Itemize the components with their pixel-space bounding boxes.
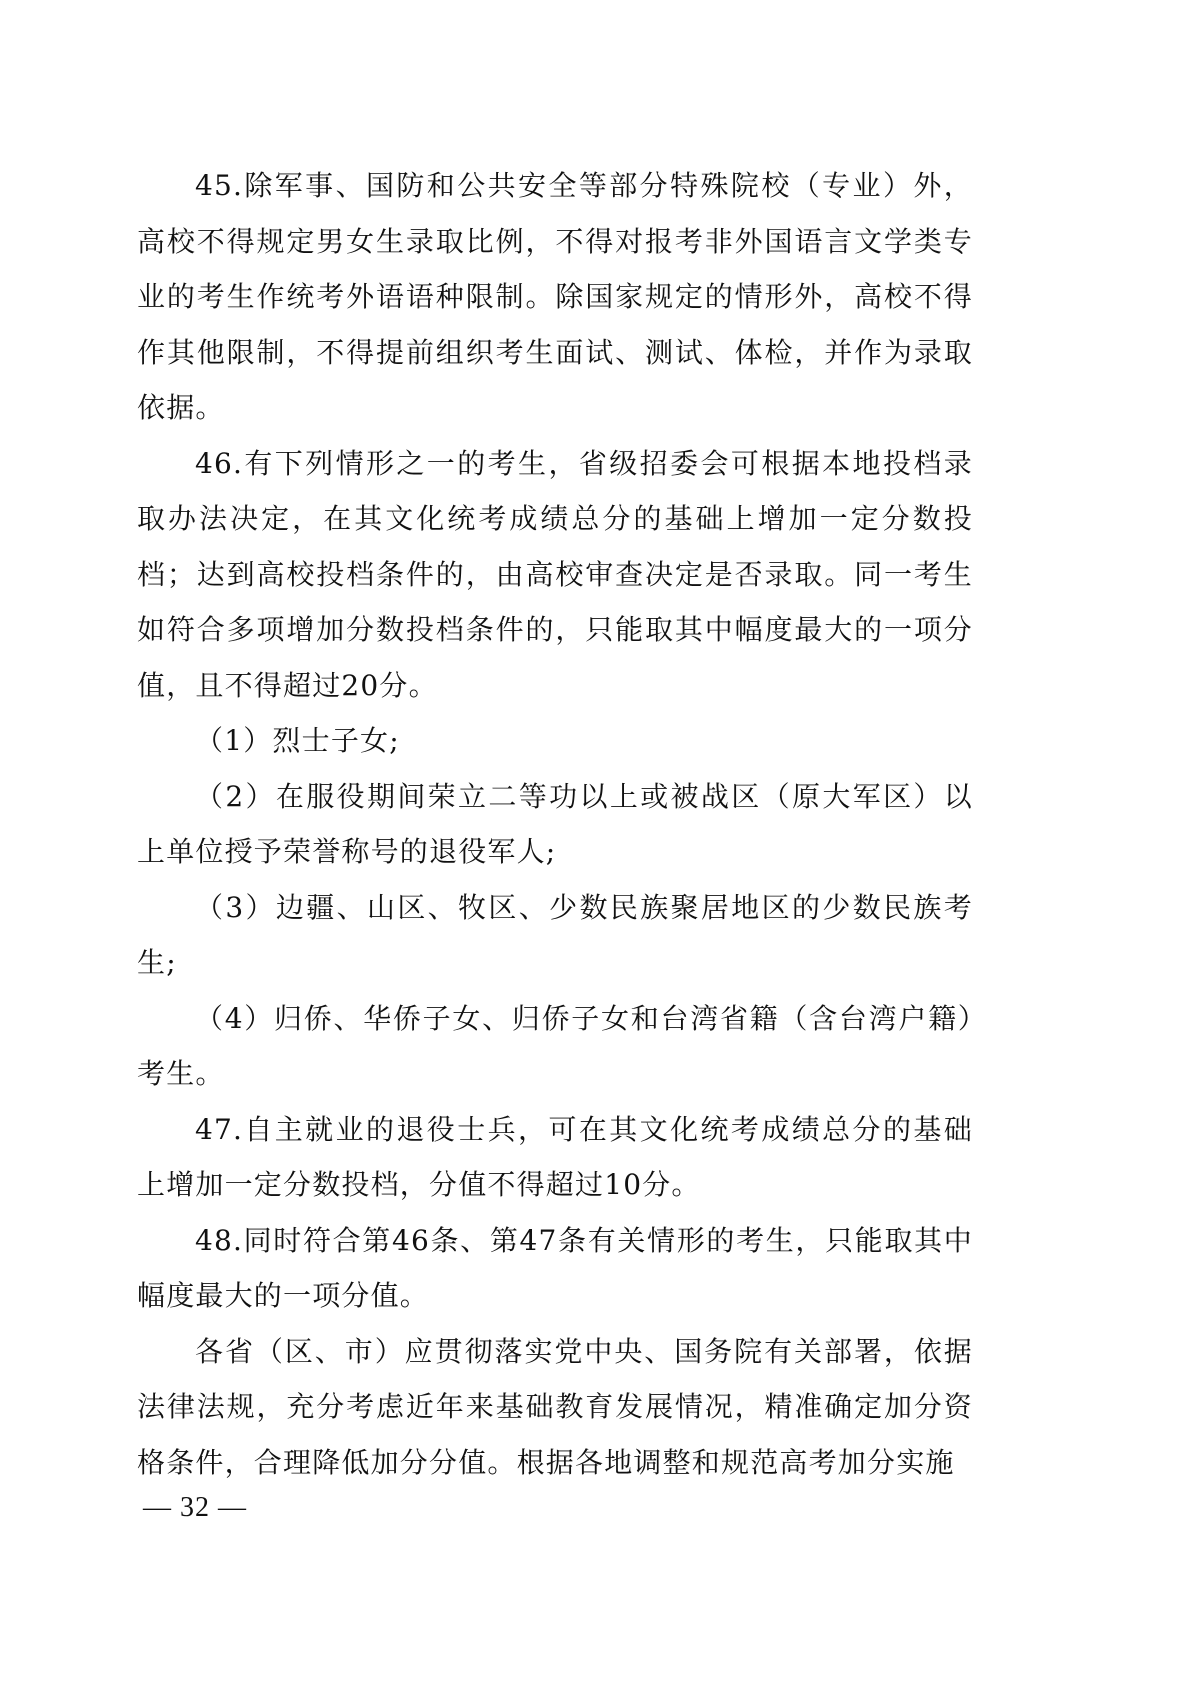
provincial-note-paragraph: 各省（区、市）应贯彻落实党中央、国务院有关部署，依据法律法规，充分考虑近年来基础…	[137, 1324, 973, 1491]
article-48-paragraph: 48.同时符合第46条、第47条有关情形的考生，只能取其中幅度最大的一项分值。	[137, 1213, 973, 1324]
article-46-item-2: （2）在服役期间荣立二等功以上或被战区（原大军区）以上单位授予荣誉称号的退役军人…	[137, 769, 973, 880]
article-46-paragraph: 46.有下列情形之一的考生，省级招委会可根据本地投档录取办法决定，在其文化统考成…	[137, 436, 973, 714]
document-page: 45.除军事、国防和公共安全等部分特殊院校（专业）外，高校不得规定男女生录取比例…	[137, 158, 973, 1490]
article-45-paragraph: 45.除军事、国防和公共安全等部分特殊院校（专业）外，高校不得规定男女生录取比例…	[137, 158, 973, 436]
article-46-item-3: （3）边疆、山区、牧区、少数民族聚居地区的少数民族考生;	[137, 880, 973, 991]
article-47-paragraph: 47.自主就业的退役士兵，可在其文化统考成绩总分的基础上增加一定分数投档，分值不…	[137, 1102, 973, 1213]
page-number: — 32 —	[143, 1492, 247, 1524]
article-46-item-1: （1）烈士子女;	[137, 713, 973, 769]
article-46-item-4: （4）归侨、华侨子女、归侨子女和台湾省籍（含台湾户籍）考生。	[137, 991, 973, 1102]
